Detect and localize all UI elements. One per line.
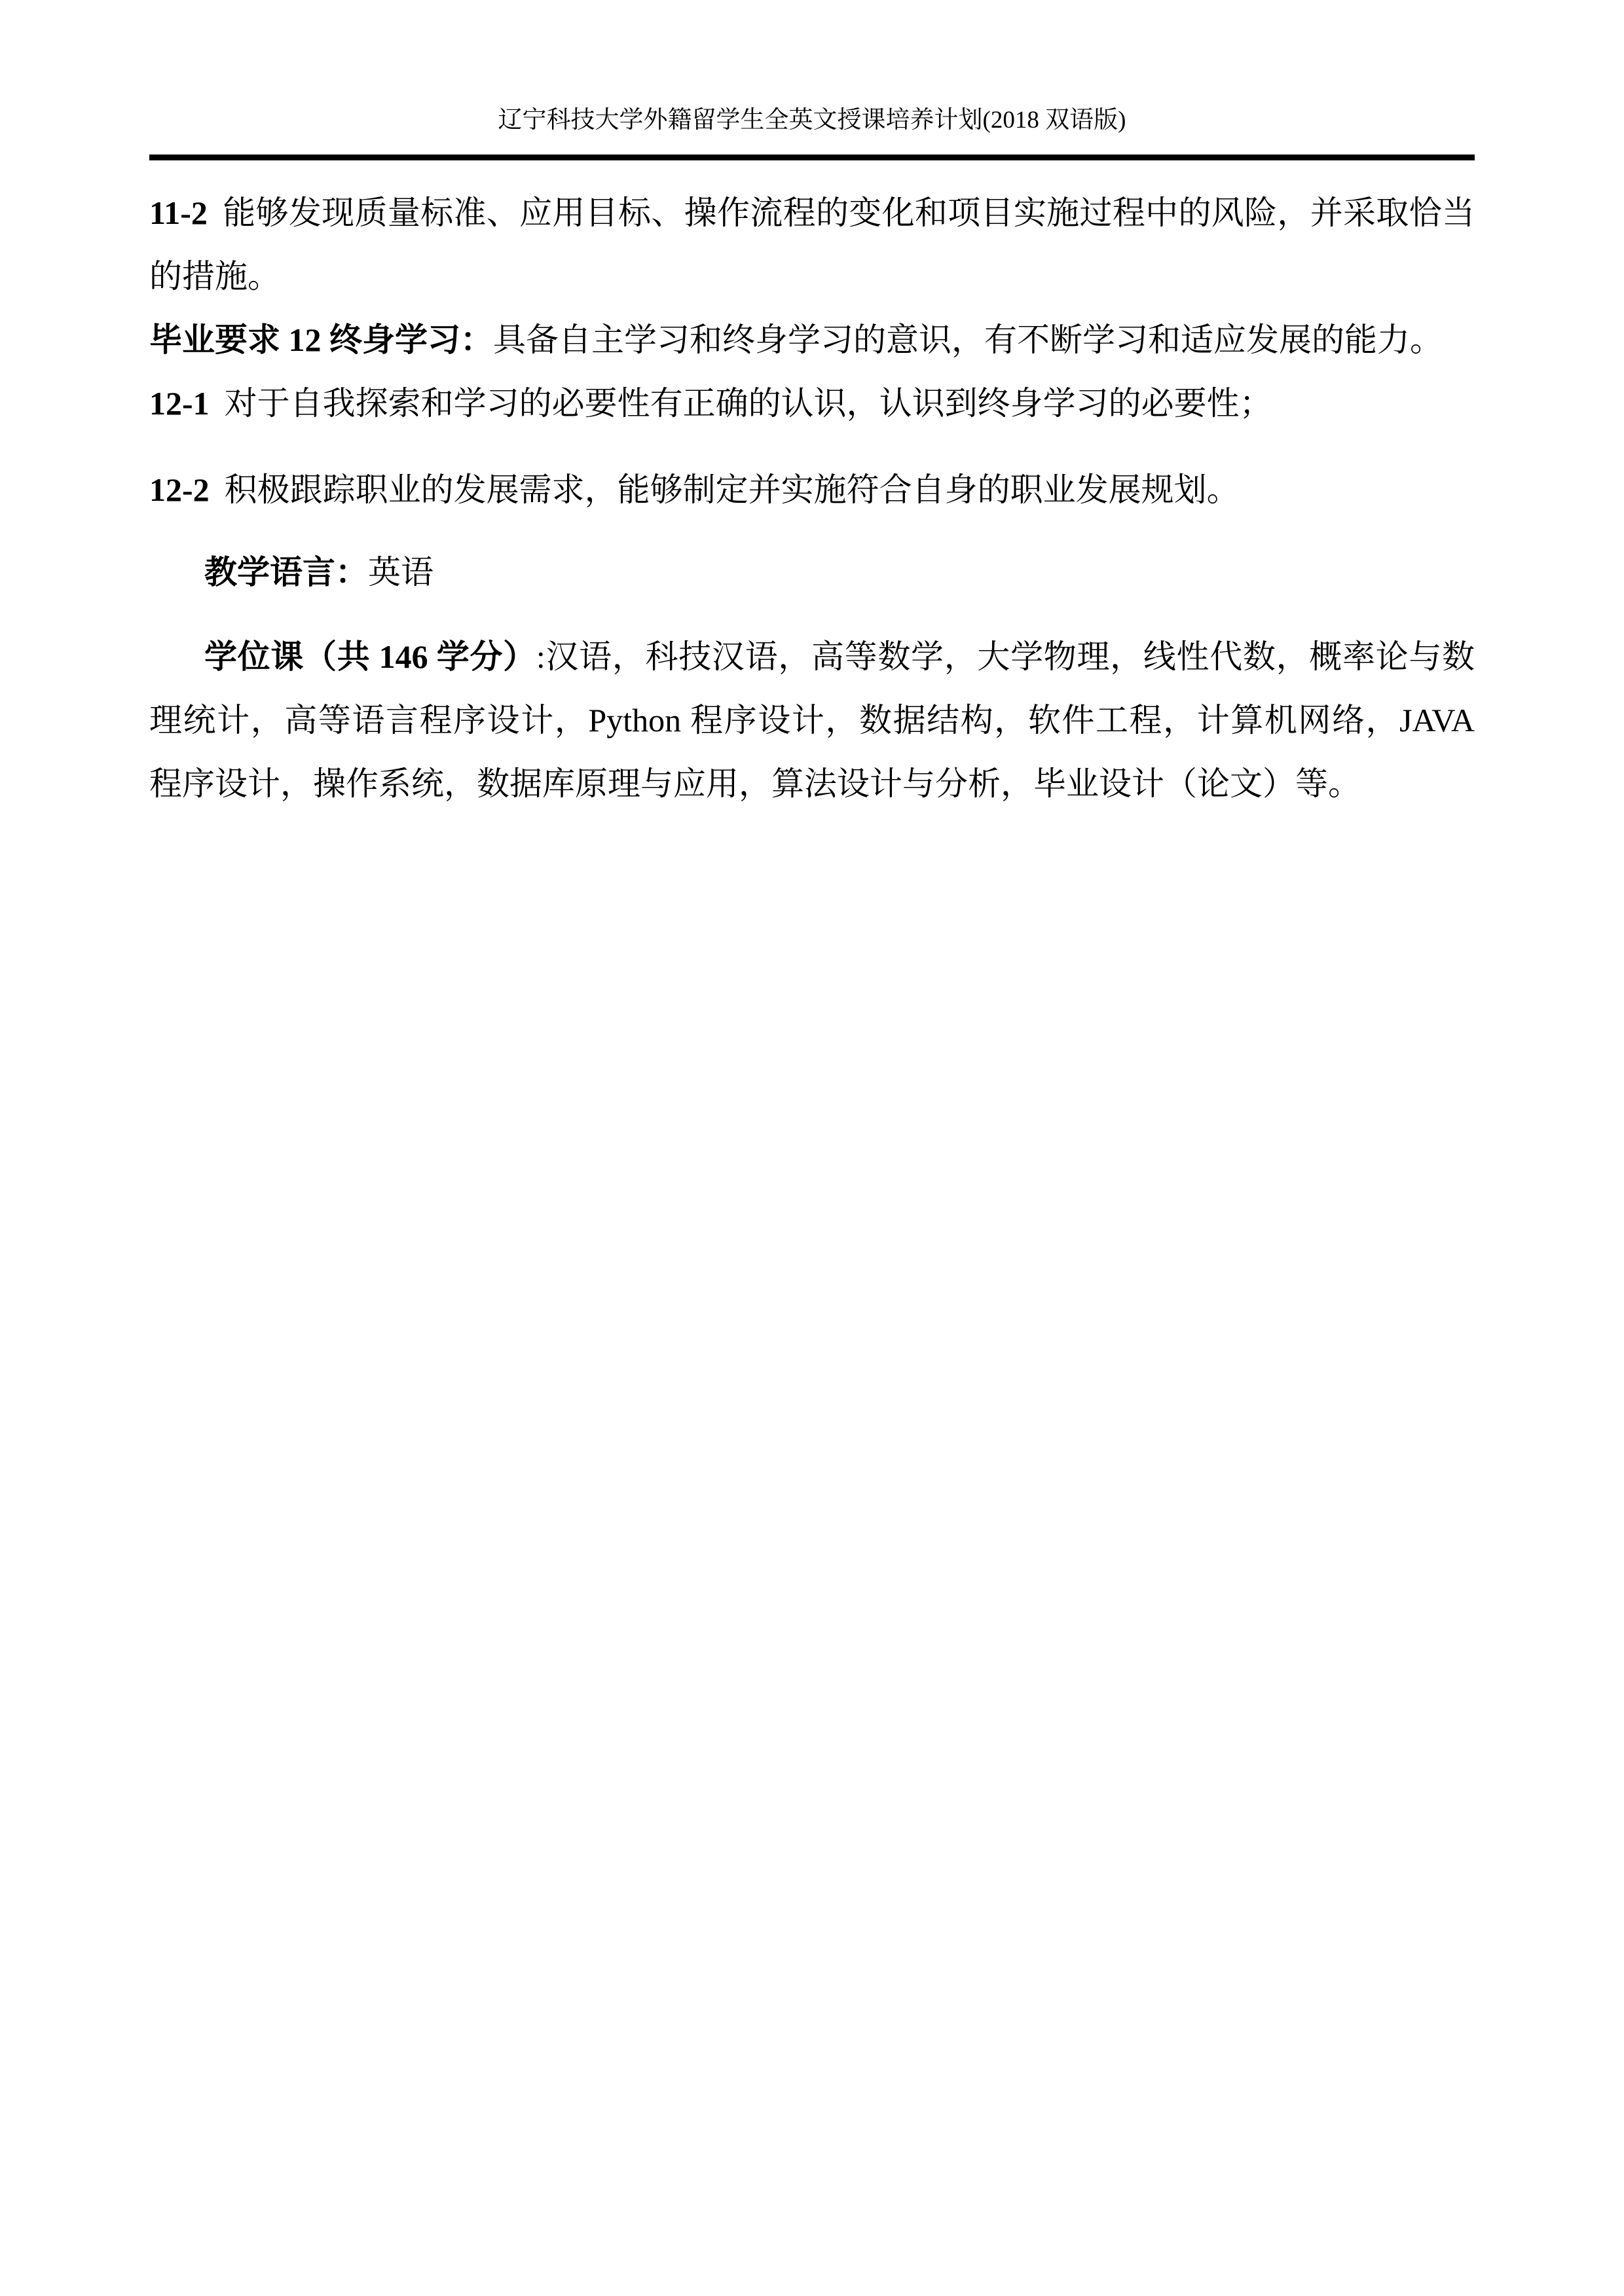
- paragraph-clause-12-1: 12-1对于自我探索和学习的必要性有正确的认识，认识到终身学习的必要性；: [149, 372, 1475, 435]
- page-header: 辽宁科技大学外籍留学生全英文授课培养计划(2018 双语版): [149, 0, 1475, 160]
- requirement-text: 具备自主学习和终身学习的意识，有不断学习和适应发展的能力。: [493, 321, 1443, 358]
- paragraph-requirement-12: 毕业要求 12 终身学习：具备自主学习和终身学习的意识，有不断学习和适应发展的能…: [149, 308, 1475, 372]
- requirement-heading-label: 毕业要求 12 终身学习：: [149, 321, 493, 358]
- header-rule-divider: [149, 155, 1475, 160]
- clause-number-label: 12-1: [149, 385, 210, 422]
- clause-text: 积极跟踪职业的发展需求，能够制定并实施符合自身的职业发展规划。: [225, 471, 1240, 508]
- degree-courses-label: 学位课（共 146 学分）: [204, 638, 536, 675]
- clause-number-label: 12-2: [149, 471, 210, 508]
- clause-text: 对于自我探索和学习的必要性有正确的认识，认识到终身学习的必要性；: [225, 385, 1272, 422]
- document-body: 11-2能够发现质量标准、应用目标、操作流程的变化和项目实施过程中的风险，并采取…: [149, 181, 1475, 816]
- paragraph-degree-courses: 学位课（共 146 学分）:汉语，科技汉语，高等数学，大学物理，线性代数，概率论…: [149, 625, 1475, 816]
- clause-text: 能够发现质量标准、应用目标、操作流程的变化和项目实施过程中的风险，并采取恰当的措…: [149, 194, 1475, 295]
- paragraph-teaching-language: 教学语言：英语: [149, 541, 1475, 604]
- document-page: 辽宁科技大学外籍留学生全英文授课培养计划(2018 双语版) 11-2能够发现质…: [0, 0, 1624, 2296]
- teaching-language-label: 教学语言：: [204, 554, 368, 591]
- paragraph-clause-12-2: 12-2积极跟踪职业的发展需求，能够制定并实施符合自身的职业发展规划。: [149, 458, 1475, 522]
- page-header-title: 辽宁科技大学外籍留学生全英文授课培养计划(2018 双语版): [149, 105, 1475, 136]
- teaching-language-value: 英语: [368, 554, 434, 591]
- paragraph-clause-11-2: 11-2能够发现质量标准、应用目标、操作流程的变化和项目实施过程中的风险，并采取…: [149, 181, 1475, 308]
- clause-number-label: 11-2: [149, 194, 208, 231]
